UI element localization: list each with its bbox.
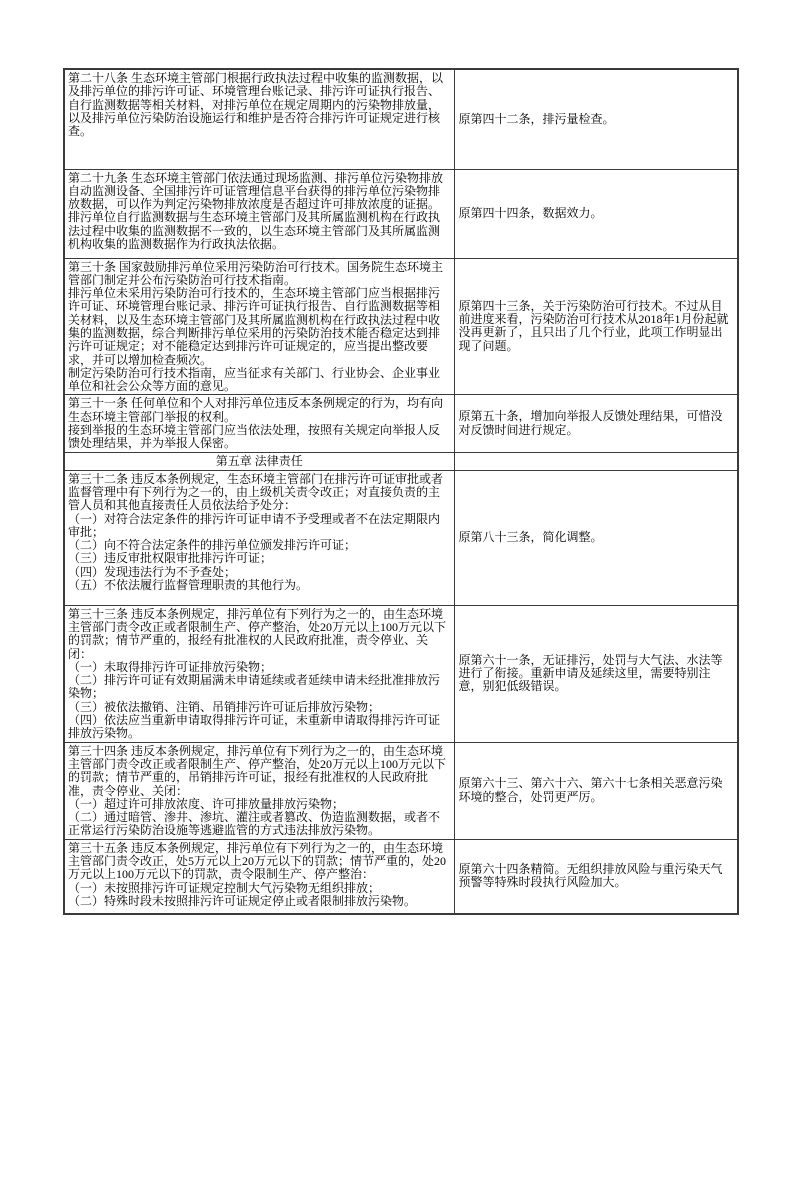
article-paragraph: 排污单位未采用污染防治可行技术的，生态环境主管部门应当根据排污许可证、环境管理台… bbox=[68, 287, 451, 367]
article-list-item: （五）不依法履行监督管理职责的其他行为。 bbox=[68, 579, 451, 592]
article-list-item: （一）对符合法定条件的排污许可证申请不予受理或者不在法定期限内审批； bbox=[68, 513, 451, 540]
table-row-chapter-heading: 第五章 法律责任 bbox=[64, 452, 738, 470]
article-paragraph: 第三十条 国家鼓励排污单位采用污染防治可行技术。国务院生态环境主管部门制定并公布… bbox=[68, 261, 451, 288]
article-paragraph: 第三十三条 违反本条例规定，排污单位有下列行为之一的，由生态环境主管部门责令改正… bbox=[68, 608, 451, 661]
comment-text: 原第五十条，增加向举报人反馈处理结果，可惜没对反馈时间进行规定。 bbox=[459, 410, 734, 437]
table-row: 第三十四条 违反本条例规定，排污单位有下列行为之一的，由生态环境主管部门责令改正… bbox=[64, 742, 738, 839]
comment-cell bbox=[454, 452, 738, 470]
table-row: 第三十一条 任何单位和个人对排污单位违反本条例规定的行为，均有向生态环境主管部门… bbox=[64, 395, 738, 452]
article-cell: 第三十二条 违反本条例规定，生态环境主管部门在排污许可证审批或者监督管理中有下列… bbox=[64, 470, 454, 605]
article-cell: 第三十三条 违反本条例规定，排污单位有下列行为之一的，由生态环境主管部门责令改正… bbox=[64, 605, 454, 742]
article-list-item: （二）特殊时段未按照排污许可证规定停止或者限制排放污染物。 bbox=[68, 895, 451, 908]
comment-text: 原第六十一条，无证排污，处罚与大气法、水法等进行了衔接。重新申请及延续这里，需要… bbox=[459, 654, 734, 694]
comment-cell: 原第六十一条，无证排污，处罚与大气法、水法等进行了衔接。重新申请及延续这里，需要… bbox=[454, 605, 738, 742]
comment-cell: 原第四十四条，数据效力。 bbox=[454, 169, 738, 258]
article-list-item: （二）通过暗管、渗井、渗坑、灌注或者篡改、伪造监测数据，或者不正常运行污染防治设… bbox=[68, 811, 451, 838]
comment-cell: 原第五十条，增加向举报人反馈处理结果，可惜没对反馈时间进行规定。 bbox=[454, 395, 738, 452]
article-paragraph: 第三十一条 任何单位和个人对排污单位违反本条例规定的行为，均有向生态环境主管部门… bbox=[68, 397, 451, 424]
table-row: 第二十八条 生态环境主管部门根据行政执法过程中收集的监测数据，以及排污单位的排污… bbox=[64, 69, 738, 169]
article-paragraph: 接到举报的生态环境主管部门应当依法处理，按照有关规定向举报人反馈处理结果，并为举… bbox=[68, 424, 451, 451]
comparison-table: 第二十八条 生态环境主管部门根据行政执法过程中收集的监测数据，以及排污单位的排污… bbox=[63, 68, 739, 915]
article-list-item: （二）排污许可证有效期届满未申请延续或者延续申请未经批准排放污染物； bbox=[68, 674, 451, 701]
article-cell: 第三十四条 违反本条例规定，排污单位有下列行为之一的，由生态环境主管部门责令改正… bbox=[64, 742, 454, 839]
article-cell: 第三十一条 任何单位和个人对排污单位违反本条例规定的行为，均有向生态环境主管部门… bbox=[64, 395, 454, 452]
article-paragraph: 第三十五条 违反本条例规定，排污单位有下列行为之一的，由生态环境主管部门责令改正… bbox=[68, 842, 451, 882]
comment-cell: 原第四十三条，关于污染防治可行技术。不过从目前进度来看，污染防治可行技术从201… bbox=[454, 258, 738, 395]
article-paragraph: 第三十四条 违反本条例规定，排污单位有下列行为之一的，由生态环境主管部门责令改正… bbox=[68, 745, 451, 798]
article-list-item: （三）违反审批权限审批排污许可证； bbox=[68, 552, 451, 565]
article-cell: 第三十条 国家鼓励排污单位采用污染防治可行技术。国务院生态环境主管部门制定并公布… bbox=[64, 258, 454, 395]
article-paragraph: 第二十八条 生态环境主管部门根据行政执法过程中收集的监测数据，以及排污单位的排污… bbox=[68, 72, 451, 138]
comment-text: 原第四十二条，排污量检查。 bbox=[459, 113, 734, 126]
chapter-heading: 第五章 法律责任 bbox=[65, 455, 454, 468]
article-cell: 第二十九条 生态环境主管部门依法通过现场监测、排污单位污染物排放自动监测设备、全… bbox=[64, 169, 454, 258]
comment-text: 原第六十三、第六十六、第六十七条相关恶意污染环境的整合，处罚更严厉。 bbox=[459, 777, 734, 804]
comment-text: 原第四十三条，关于污染防治可行技术。不过从目前进度来看，污染防治可行技术从201… bbox=[459, 300, 734, 353]
comment-cell: 原第八十三条，简化调整。 bbox=[454, 470, 738, 605]
article-paragraph: 第三十二条 违反本条例规定，生态环境主管部门在排污许可证审批或者监督管理中有下列… bbox=[68, 473, 451, 513]
table-row: 第三十五条 违反本条例规定，排污单位有下列行为之一的，由生态环境主管部门责令改正… bbox=[64, 839, 738, 914]
article-paragraph: 排污单位自行监测数据与生态环境主管部门及其所属监测机构在行政执法过程中收集的监测… bbox=[68, 211, 451, 251]
table-row: 第三十二条 违反本条例规定，生态环境主管部门在排污许可证审批或者监督管理中有下列… bbox=[64, 470, 738, 605]
table-row: 第二十九条 生态环境主管部门依法通过现场监测、排污单位污染物排放自动监测设备、全… bbox=[64, 169, 738, 258]
comment-cell: 原第四十二条，排污量检查。 bbox=[454, 69, 738, 169]
table-row: 第三十三条 违反本条例规定，排污单位有下列行为之一的，由生态环境主管部门责令改正… bbox=[64, 605, 738, 742]
comment-cell: 原第六十四条精简。无组织排放风险与重污染天气预警等特殊时段执行风险加大。 bbox=[454, 839, 738, 914]
article-cell: 第二十八条 生态环境主管部门根据行政执法过程中收集的监测数据，以及排污单位的排污… bbox=[64, 69, 454, 169]
chapter-heading-cell: 第五章 法律责任 bbox=[64, 452, 454, 470]
article-paragraph: 第二十九条 生态环境主管部门依法通过现场监测、排污单位污染物排放自动监测设备、全… bbox=[68, 172, 451, 212]
comment-cell: 原第六十三、第六十六、第六十七条相关恶意污染环境的整合，处罚更严厉。 bbox=[454, 742, 738, 839]
article-cell: 第三十五条 违反本条例规定，排污单位有下列行为之一的，由生态环境主管部门责令改正… bbox=[64, 839, 454, 914]
article-list-item: （四）依法应当重新申请取得排污许可证，未重新申请取得排污许可证排放污染物。 bbox=[68, 714, 451, 741]
article-paragraph: 制定污染防治可行技术指南，应当征求有关部门、行业协会、企业事业单位和社会公众等方… bbox=[68, 367, 451, 394]
comment-text: 原第八十三条，简化调整。 bbox=[459, 531, 734, 544]
comment-text: 原第六十四条精简。无组织排放风险与重污染天气预警等特殊时段执行风险加大。 bbox=[459, 863, 734, 890]
article-list-item: （一）未按照排污许可证规定控制大气污染物无组织排放； bbox=[68, 882, 451, 895]
table-row: 第三十条 国家鼓励排污单位采用污染防治可行技术。国务院生态环境主管部门制定并公布… bbox=[64, 258, 738, 395]
comment-text: 原第四十四条，数据效力。 bbox=[459, 207, 734, 220]
